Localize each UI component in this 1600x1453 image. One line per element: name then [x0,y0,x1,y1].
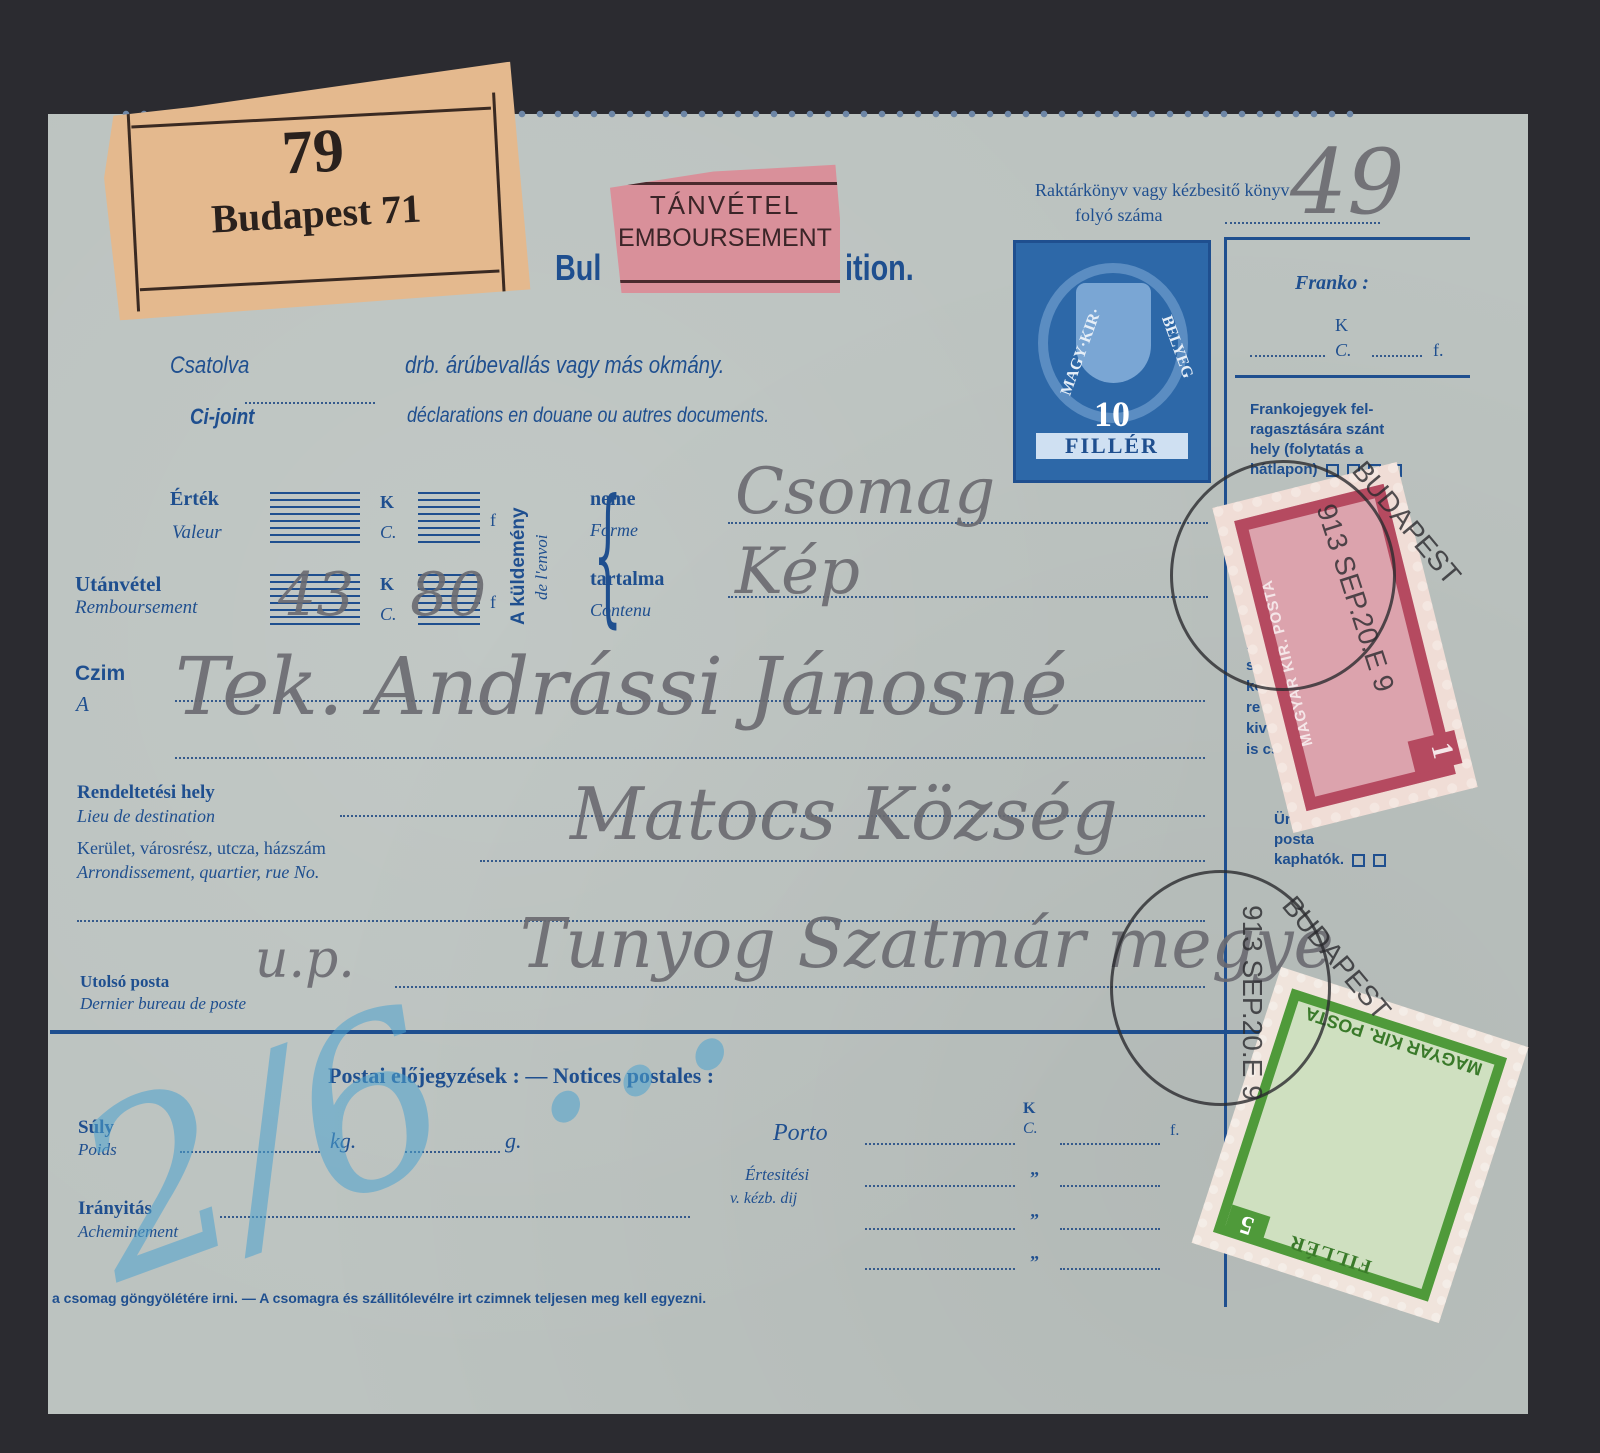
value-k-hatched-box [270,492,360,548]
district-label-fr: Arrondissement, quartier, rue No. [77,862,319,883]
last-post-label-hu: Utolsó posta [80,972,169,992]
destination-label-fr: Lieu de destination [77,806,215,827]
attached-label-fr: Ci-joint [190,404,254,430]
form-line: kaphatók. [1274,850,1386,870]
ditto-mark: ” [1030,1210,1039,1231]
attached-text-fr: déclarations en douane ou autres documen… [407,404,769,428]
shipment-vertical-fr: de l'envoi [532,535,552,600]
franko-box-top [1225,237,1470,240]
cod-label-rule [620,280,840,283]
cod-label-line1: TÁNVÉTEL [610,190,840,221]
title-fr-end: ition. [845,247,914,289]
franko-label: Franko : [1295,272,1369,295]
notification-label: Értesitési [745,1165,809,1185]
stamp-value: 10 [1016,393,1208,435]
franko-f: f. [1433,340,1444,361]
cod-f: f [490,592,496,613]
register-book-label-2: folyó száma [1075,205,1162,226]
value-f-hatched-box [418,492,480,548]
franking-line: Frankojegyek fel- [1250,400,1460,420]
notice-f-line [1060,1185,1160,1187]
address-label-fr: A [76,692,89,717]
register-book-label: Raktárkönyv vagy kézbesitő könyv [1035,180,1289,201]
cod-amount-label-fr: Remboursement [75,597,197,619]
shipment-vertical-hu: A küldemény [508,507,530,625]
cod-label-line2: EMBOURSEMENT [610,224,840,253]
value-k: K [380,492,394,513]
franko-box-divider [1235,375,1470,378]
ditto-mark: ” [1030,1252,1039,1273]
destination-label-hu: Rendeltetési hely [77,782,215,804]
shipment-kind-hu: neme [590,488,636,511]
title-fr-start: Bul [555,247,601,289]
porto-label: Porto [773,1120,828,1147]
shipment-kind-fr: Forme [590,520,638,541]
cod-k: K [380,574,394,595]
delivery-fee-label: v. kézb. dij [730,1190,797,1208]
shipment-kind-handwritten: Csomag [735,455,995,529]
district-label-hu: Kerület, városrész, utcza, házszám [77,838,326,859]
value-label-fr: Valeur [172,522,222,544]
shipment-content-fr: Contenu [590,600,651,621]
franko-k: K [1335,315,1348,336]
value-f: f [490,510,496,531]
porto-k-line [865,1143,1015,1145]
porto-f-line [1060,1143,1160,1145]
franking-line: hely (folytatás a [1250,440,1460,460]
ditto-mark: ” [1030,1168,1039,1189]
porto-k: K [1023,1100,1035,1118]
porto-f: f. [1170,1122,1179,1140]
cod-f-handwritten: 80 [410,560,486,630]
extra-k-line [865,1268,1015,1270]
franking-line: ragasztására szánt [1250,420,1460,440]
franko-f-line [1372,355,1422,357]
postmark-2-date: 913 SEP.20.E 9 [1236,905,1268,1101]
shipment-content-handwritten: Kép [735,535,860,609]
cod-c: C. [380,604,397,625]
value-c: C. [380,522,397,543]
franko-k-line [1250,355,1325,357]
shipment-content-hu: tartalma [590,568,664,591]
registration-label: 79 Budapest 71 [99,61,531,321]
franko-c: C. [1335,340,1352,361]
attached-text-hu: drb. árúbevallás vagy más okmány. [405,352,724,380]
stamp-unit: FILLÉR [1036,433,1188,459]
cod-k-handwritten: 43 [278,560,354,630]
register-book-handwritten: 49 [1290,130,1405,235]
fee-f-line [1060,1228,1160,1230]
cod-amount-label-hu: Utánvétel [75,572,161,597]
value-label-hu: Érték [170,488,219,511]
fee-k-line [865,1228,1015,1230]
porto-c: C. [1023,1120,1038,1138]
cod-label-rule [620,182,840,185]
destination-handwritten: Matocs Község [570,772,1118,856]
attached-label-hu: Csatolva [170,352,249,380]
district-line [480,860,1205,862]
last-post-label-fr: Dernier bureau de poste [80,994,246,1014]
addressee-handwritten: Tek. Andrássi Jánosné [175,640,1068,733]
address-line-2 [175,757,1205,759]
form-line: posta [1274,830,1386,850]
notice-k-line [865,1185,1015,1187]
attached-count-line [245,402,375,404]
extra-f-line [1060,1268,1160,1270]
address-label-hu: Czim [75,662,125,686]
imprinted-stamp: MAGY·KIR· BELYEG 10 FILLÉR [1013,240,1211,483]
